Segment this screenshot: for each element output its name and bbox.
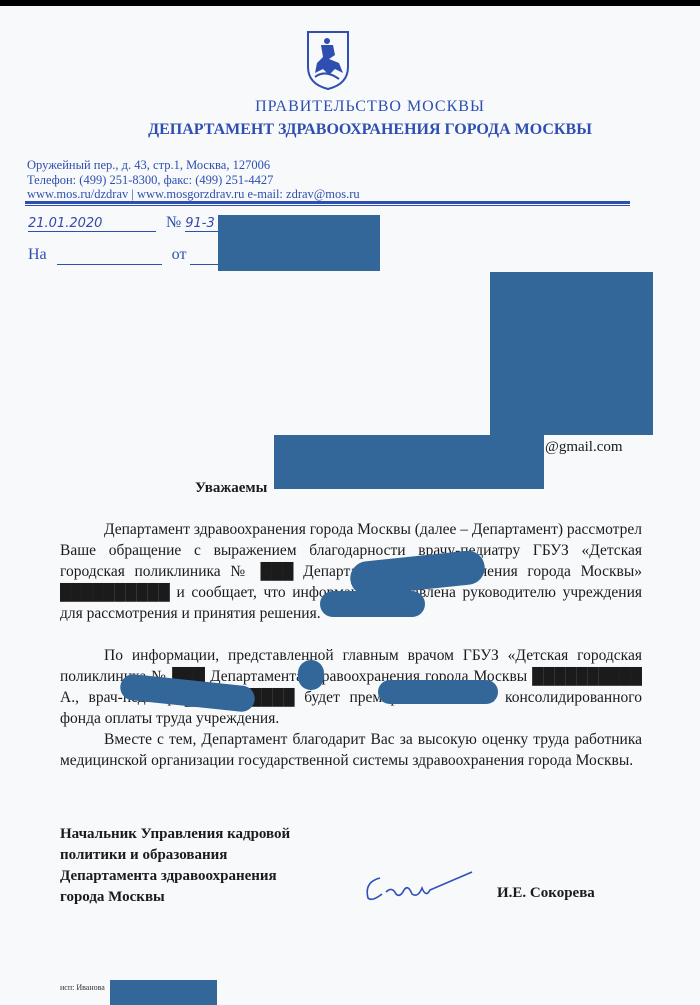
number-label: № — [166, 214, 181, 231]
reg-date: 21.01.2020 — [28, 216, 156, 232]
reference-line: На от — [28, 246, 220, 265]
from-label: от — [172, 246, 187, 263]
redaction-box — [218, 215, 380, 271]
on-blank — [57, 246, 162, 265]
header-divider-thin — [25, 205, 630, 206]
web-links: www.mos.ru/dzdrav | www.mosgorzdrav.ru e… — [27, 187, 360, 202]
government-title: ПРАВИТЕЛЬСТВО МОСКВЫ — [0, 98, 700, 116]
recipient-email: @gmail.com — [545, 439, 623, 456]
salutation: Уважаемы — [195, 480, 267, 497]
department-title: ДЕПАРТАМЕНТ ЗДРАВООХРАНЕНИЯ ГОРОДА МОСКВ… — [0, 121, 700, 139]
redaction-scribble — [320, 591, 425, 617]
redaction-scribble — [298, 660, 324, 690]
handwritten-signature-icon — [360, 868, 480, 908]
address: Оружейный пер., д. 43, стр.1, Москва, 12… — [27, 158, 360, 173]
executor-note: исп: Иванова — [60, 983, 105, 992]
redaction-scribble — [378, 680, 498, 704]
letter-page: ПРАВИТЕЛЬСТВО МОСКВЫ ДЕПАРТАМЕНТ ЗДРАВОО… — [0, 6, 700, 1005]
paragraph-3: Вместе с тем, Департамент благодарит Вас… — [60, 729, 642, 771]
from-blank — [190, 246, 220, 265]
contact-block: Оружейный пер., д. 43, стр.1, Москва, 12… — [27, 158, 360, 202]
redaction-box — [274, 435, 544, 489]
signatory-title: Начальник Управления кадровой политики и… — [60, 824, 290, 908]
redaction-box — [110, 980, 217, 1005]
registration-line: 21.01.2020 № 91-3 — [28, 214, 245, 232]
redaction-box — [490, 272, 653, 435]
header-divider — [25, 201, 630, 204]
moscow-coat-of-arms-icon — [305, 29, 351, 91]
phone: Телефон: (499) 251-8300, факс: (499) 251… — [27, 173, 360, 188]
on-label: На — [28, 246, 47, 263]
signatory-name: И.Е. Сокорева — [497, 885, 595, 902]
